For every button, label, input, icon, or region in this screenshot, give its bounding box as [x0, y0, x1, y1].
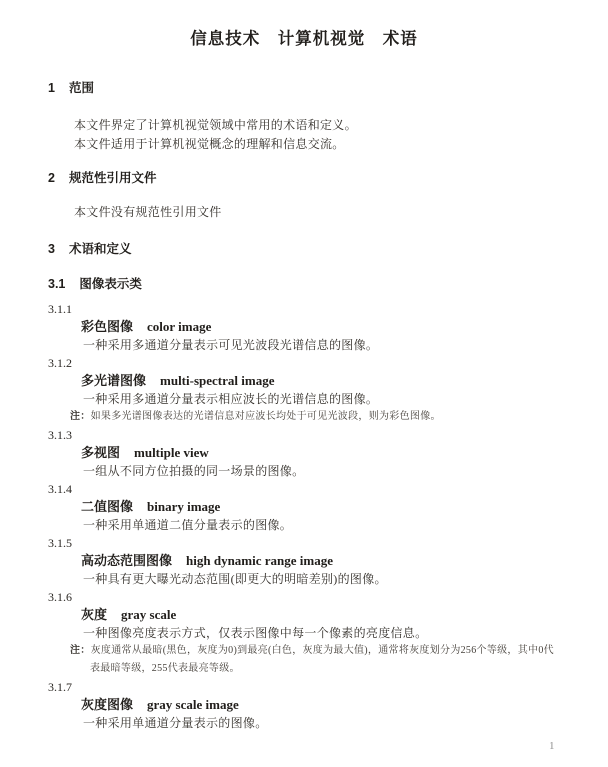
term-english: high dynamic range image [186, 553, 333, 568]
term-definition: 一种采用多通道分量表示可见光波段光谱信息的图像。 [83, 336, 568, 354]
section-1-number: 1 [48, 79, 55, 97]
section-2-body: 本文件没有规范性引用文件 [0, 203, 608, 222]
term-entry-3-1-7: 3.1.7 灰度图像gray scale image 一种采用单通道分量表示的图… [0, 678, 608, 732]
term-heading: 彩色图像color image [81, 318, 608, 336]
subsection-3-1-heading: 3.1图像表示类 [48, 275, 608, 293]
term-definition: 一组从不同方位拍摄的同一场景的图像。 [83, 462, 568, 480]
clause-number: 3.1.5 [48, 534, 608, 552]
clause-number: 3.1.2 [48, 354, 608, 372]
document-page: 信息技术 计算机视觉 术语 1范围 本文件界定了计算机视觉领域中常用的术语和定义… [0, 0, 608, 767]
section-3-heading: 3术语和定义 [48, 240, 608, 258]
term-chinese: 二值图像 [81, 499, 133, 514]
note-text: 如果多光谱图像表达的光谱信息对应波长均处于可见光波段，则为彩色图像。 [91, 411, 441, 422]
clause-number: 3.1.6 [48, 588, 608, 606]
clause-number: 3.1.4 [48, 480, 608, 498]
term-english: color image [147, 319, 211, 334]
section-2-number: 2 [48, 169, 55, 187]
term-definition: 一种具有更大曝光动态范围(即更大的明暗差别)的图像。 [83, 570, 568, 588]
terms-list: 3.1.1 彩色图像color image 一种采用多通道分量表示可见光波段光谱… [0, 300, 608, 732]
term-heading: 多视图multiple view [81, 444, 608, 462]
term-definition: 一种图像亮度表示方式，仅表示图像中每一个像素的亮度信息。 [83, 624, 568, 642]
section-1-body: 本文件界定了计算机视觉领域中常用的术语和定义。 本文件适用于计算机视觉概念的理解… [0, 116, 608, 154]
subsection-3-1-number: 3.1 [48, 275, 65, 293]
term-definition: 一种采用单通道分量表示的图像。 [83, 714, 568, 732]
paragraph-normative-refs: 本文件没有规范性引用文件 [48, 203, 553, 222]
term-english: multiple view [134, 445, 209, 460]
term-chinese: 高动态范围图像 [81, 553, 172, 568]
document-title: 信息技术 计算机视觉 术语 [0, 0, 608, 51]
clause-number: 3.1.7 [48, 678, 608, 696]
clause-number: 3.1.3 [48, 426, 608, 444]
term-entry-3-1-6: 3.1.6 灰度gray scale 一种图像亮度表示方式，仅表示图像中每一个像… [0, 588, 608, 678]
term-entry-3-1-1: 3.1.1 彩色图像color image 一种采用多通道分量表示可见光波段光谱… [0, 300, 608, 354]
term-english: binary image [147, 499, 220, 514]
term-english: gray scale image [147, 697, 239, 712]
term-note: 注：灰度通常从最暗(黑色，灰度为0)到最亮(白色，灰度为最大值)，通常将灰度划分… [70, 642, 556, 678]
term-entry-3-1-2: 3.1.2 多光谱图像multi-spectral image 一种采用多通道分… [0, 354, 608, 426]
paragraph-scope-2: 本文件适用于计算机视觉概念的理解和信息交流。 [48, 135, 553, 154]
paragraph-scope-1: 本文件界定了计算机视觉领域中常用的术语和定义。 [48, 116, 553, 135]
term-chinese: 灰度图像 [81, 697, 133, 712]
subsection-3-1-title: 图像表示类 [79, 277, 142, 291]
term-chinese: 多光谱图像 [81, 373, 146, 388]
term-heading: 多光谱图像multi-spectral image [81, 372, 608, 390]
section-1-heading: 1范围 [48, 79, 608, 97]
term-chinese: 多视图 [81, 445, 120, 460]
section-3-title: 术语和定义 [69, 242, 132, 256]
term-heading: 灰度图像gray scale image [81, 696, 608, 714]
note-text: 灰度通常从最暗(黑色，灰度为0)到最亮(白色，灰度为最大值)，通常将灰度划分为2… [90, 645, 554, 674]
term-english: multi-spectral image [160, 373, 274, 388]
page-number: 1 [549, 740, 555, 752]
term-definition: 一种采用单通道二值分量表示的图像。 [83, 516, 568, 534]
term-chinese: 彩色图像 [81, 319, 133, 334]
note-label: 注： [70, 645, 91, 656]
term-entry-3-1-4: 3.1.4 二值图像binary image 一种采用单通道二值分量表示的图像。 [0, 480, 608, 534]
section-1-title: 范围 [69, 81, 94, 95]
term-chinese: 灰度 [81, 607, 107, 622]
term-heading: 高动态范围图像high dynamic range image [81, 552, 608, 570]
term-heading: 灰度gray scale [81, 606, 608, 624]
term-definition: 一种采用多通道分量表示相应波长的光谱信息的图像。 [83, 390, 568, 408]
term-entry-3-1-5: 3.1.5 高动态范围图像high dynamic range image 一种… [0, 534, 608, 588]
term-english: gray scale [121, 607, 176, 622]
term-note: 注：如果多光谱图像表达的光谱信息对应波长均处于可见光波段，则为彩色图像。 [70, 408, 556, 426]
clause-number: 3.1.1 [48, 300, 608, 318]
term-entry-3-1-3: 3.1.3 多视图multiple view 一组从不同方位拍摄的同一场景的图像… [0, 426, 608, 480]
section-2-title: 规范性引用文件 [69, 171, 157, 185]
term-heading: 二值图像binary image [81, 498, 608, 516]
note-label: 注： [70, 411, 91, 422]
section-2-heading: 2规范性引用文件 [48, 169, 608, 187]
section-3-number: 3 [48, 240, 55, 258]
